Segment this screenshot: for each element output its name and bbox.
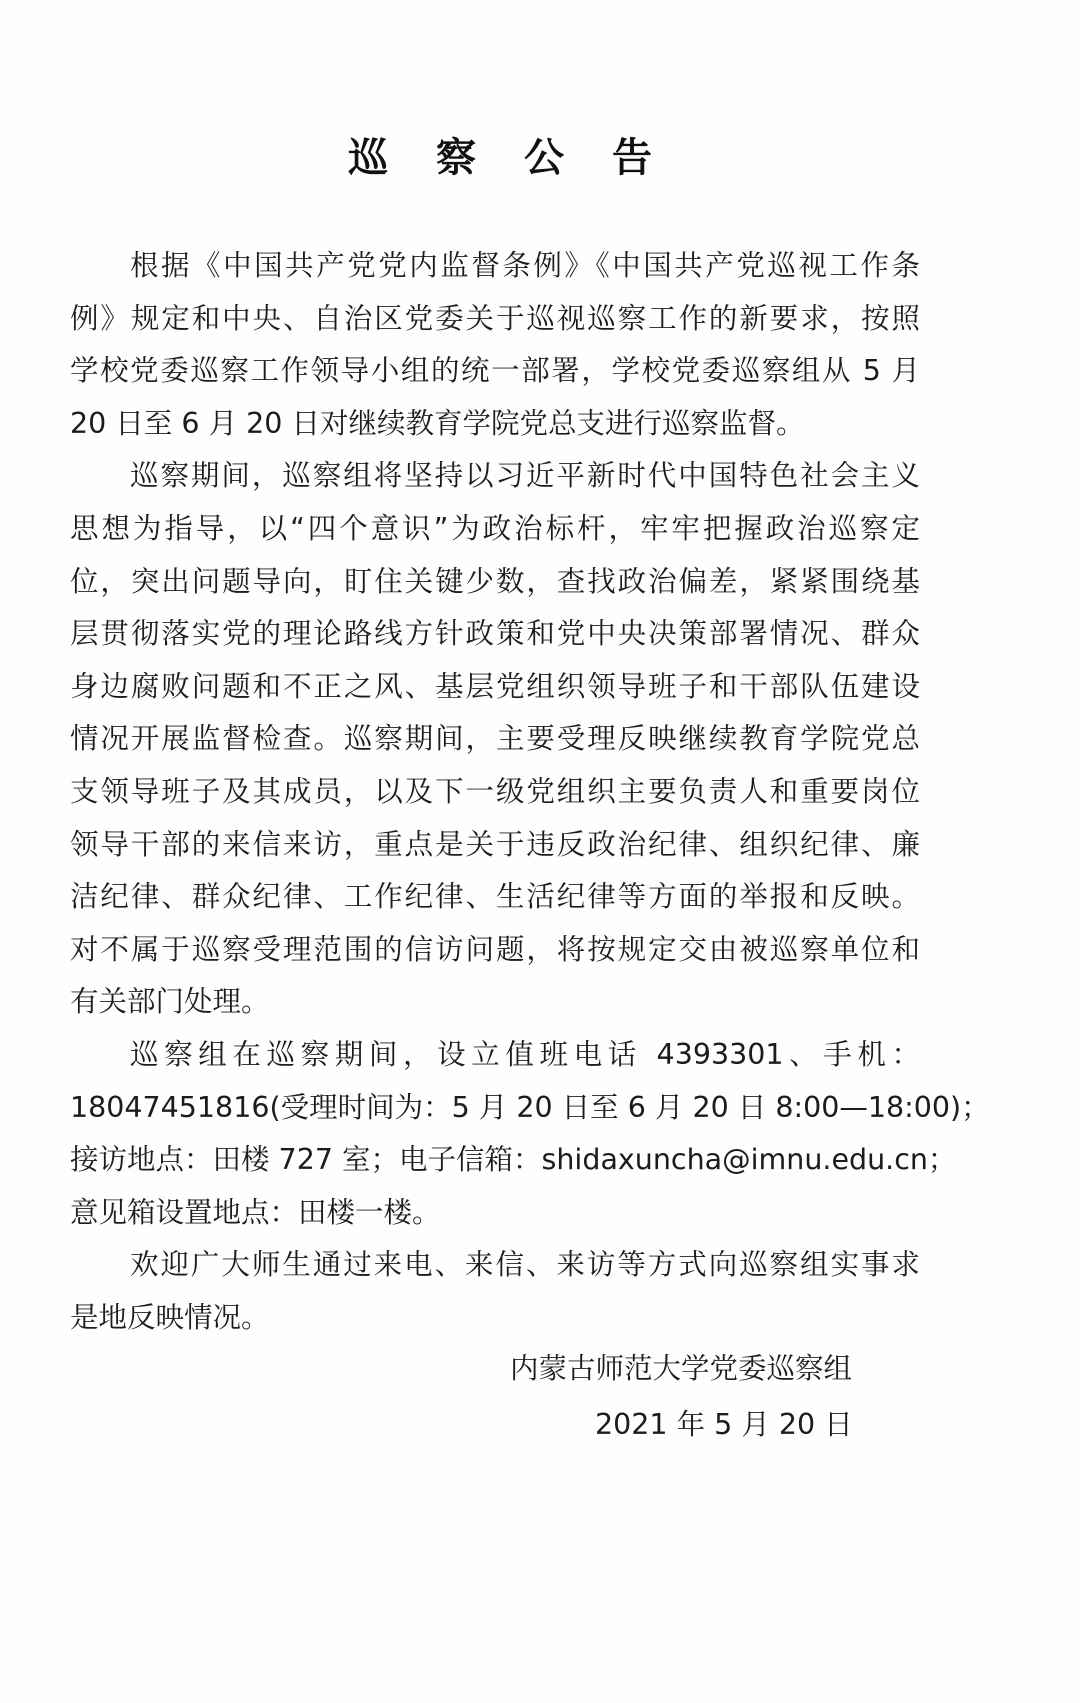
text-line-email: 接访地点：田楼 727 室；电子信箱：shidaxuncha@imnu.edu.… xyxy=(70,1134,920,1187)
text-line: 例》规定和中央、自治区党委关于巡视巡察工作的新要求，按照 xyxy=(70,293,920,346)
text-line: 支领导班子及其成员，以及下一级党组织主要负责人和重要岗位 xyxy=(70,766,920,819)
text-line: 位，突出问题导向，盯住关键少数，查找政治偏差，紧紧围绕基 xyxy=(70,556,920,609)
text-line: 洁纪律、群众纪律、工作纪律、生活纪律等方面的举报和反映。 xyxy=(70,871,920,924)
text-line: 根据《中国共产党党内监督条例》《中国共产党巡视工作条 xyxy=(70,240,920,293)
document-body: 根据《中国共产党党内监督条例》《中国共产党巡视工作条 例》规定和中央、自治区党委… xyxy=(70,240,920,1344)
paragraph-1: 根据《中国共产党党内监督条例》《中国共产党巡视工作条 例》规定和中央、自治区党委… xyxy=(70,240,920,450)
text-line: 有关部门处理。 xyxy=(70,976,920,1029)
text-line-suggestion-box: 意见箱设置地点：田楼一楼。 xyxy=(70,1187,920,1240)
text-line: 对不属于巡察受理范围的信访问题，将按规定交由被巡察单位和 xyxy=(70,924,920,977)
text-line-hours: 18047451816(受理时间为：5 月 20 日至 6 月 20 日 8:0… xyxy=(70,1082,920,1135)
text-line: 欢迎广大师生通过来电、来信、来访等方式向巡察组实事求 xyxy=(70,1239,920,1292)
text-line: 层贯彻落实党的理论路线方针政策和党中央决策部署情况、群众 xyxy=(70,608,920,661)
text-line: 情况开展监督检查。巡察期间，主要受理反映继续教育学院党总 xyxy=(70,713,920,766)
document-page: 巡察公告 根据《中国共产党党内监督条例》《中国共产党巡视工作条 例》规定和中央、… xyxy=(0,0,1080,1703)
signature-date: 2021 年 5 月 20 日 xyxy=(595,1399,853,1451)
text-line: 是地反映情况。 xyxy=(70,1292,920,1345)
document-title: 巡察公告 xyxy=(0,126,1000,183)
text-line: 思想为指导，以“四个意识”为政治标杆，牢牢把握政治巡察定 xyxy=(70,503,920,556)
paragraph-4: 欢迎广大师生通过来电、来信、来访等方式向巡察组实事求 是地反映情况。 xyxy=(70,1239,920,1344)
text-line: 学校党委巡察工作领导小组的统一部署，学校党委巡察组从 5 月 xyxy=(70,345,920,398)
text-line: 身边腐败问题和不正之风、基层党组织领导班子和干部队伍建设 xyxy=(70,661,920,714)
signature-organization: 内蒙古师范大学党委巡察组 xyxy=(510,1343,852,1395)
paragraph-2: 巡察期间，巡察组将坚持以习近平新时代中国特色社会主义 思想为指导，以“四个意识”… xyxy=(70,450,920,1029)
text-line: 巡察期间，巡察组将坚持以习近平新时代中国特色社会主义 xyxy=(70,450,920,503)
text-line-phone: 巡察组在巡察期间，设立值班电话 4393301、手机： xyxy=(70,1029,920,1082)
paragraph-3-contact: 巡察组在巡察期间，设立值班电话 4393301、手机： 18047451816(… xyxy=(70,1029,920,1239)
text-line: 20 日至 6 月 20 日对继续教育学院党总支进行巡察监督。 xyxy=(70,398,920,451)
text-line: 领导干部的来信来访，重点是关于违反政治纪律、组织纪律、廉 xyxy=(70,819,920,872)
